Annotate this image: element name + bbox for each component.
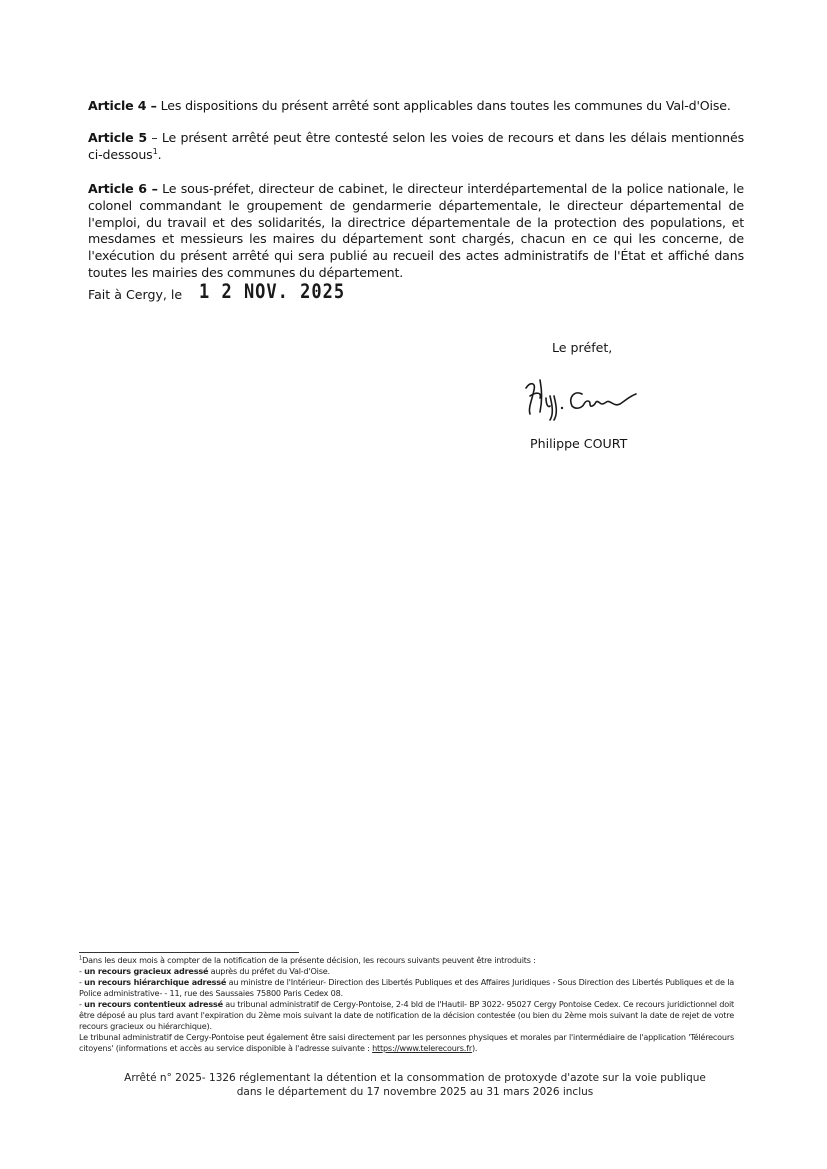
footnote-intro: 1Dans les deux mois à compter de la noti… [79,955,734,966]
footnote-item-bold: un recours contentieux adressé [84,999,223,1009]
signature-icon [520,374,645,424]
article-6-text: Le sous-préfet, directeur de cabinet, le… [88,181,744,280]
footnote-item-bold: un recours gracieux adressé [84,966,208,976]
footer-line-1: Arrêté n° 2025- 1326 réglementant la dét… [80,1072,750,1086]
footnote-tribunal-end: ). [472,1043,477,1053]
article-6-label: Article 6 – [88,181,158,196]
article-5-label: Article 5 [88,130,147,145]
footnote-item-text: auprès du préfet du Val-d'Oise. [208,966,330,976]
article-4: Article 4 – Les dispositions du présent … [88,98,744,115]
footnote-item: - un recours contentieux adressé au trib… [79,999,734,1032]
footnote-divider [79,952,299,953]
footnote-item: - un recours hiérarchique adressé au min… [79,977,734,999]
page-footer: Arrêté n° 2025- 1326 réglementant la dét… [80,1072,750,1099]
date-stamp: 1 2 NOV. 2025 [199,281,345,304]
telerecours-link[interactable]: https://www.telerecours.fr [372,1043,472,1053]
article-5-end: . [158,147,162,162]
article-6: Article 6 – Le sous-préfet, directeur de… [88,181,744,282]
article-5-text: – Le présent arrêté peut être contesté s… [88,130,744,162]
article-4-label: Article 4 – [88,98,157,113]
footnote-item-bold: un recours hiérarchique adressé [84,977,226,987]
document-page: Article 4 – Les dispositions du présent … [0,0,827,1169]
footnotes: 1Dans les deux mois à compter de la noti… [79,955,734,1054]
footnote-item: - un recours gracieux adressé auprès du … [79,966,734,977]
footnote-tribunal: Le tribunal administratif de Cergy-Ponto… [79,1032,734,1054]
article-5: Article 5 – Le présent arrêté peut être … [88,130,744,164]
footnote-intro-text: Dans les deux mois à compter de la notif… [82,955,536,965]
signer-title: Le préfet, [552,340,612,355]
footer-line-2: dans le département du 17 novembre 2025 … [80,1086,750,1100]
place-label: Fait à Cergy, le [88,287,182,302]
signer-name: Philippe COURT [530,436,627,451]
article-4-text: Les dispositions du présent arrêté sont … [157,98,731,113]
